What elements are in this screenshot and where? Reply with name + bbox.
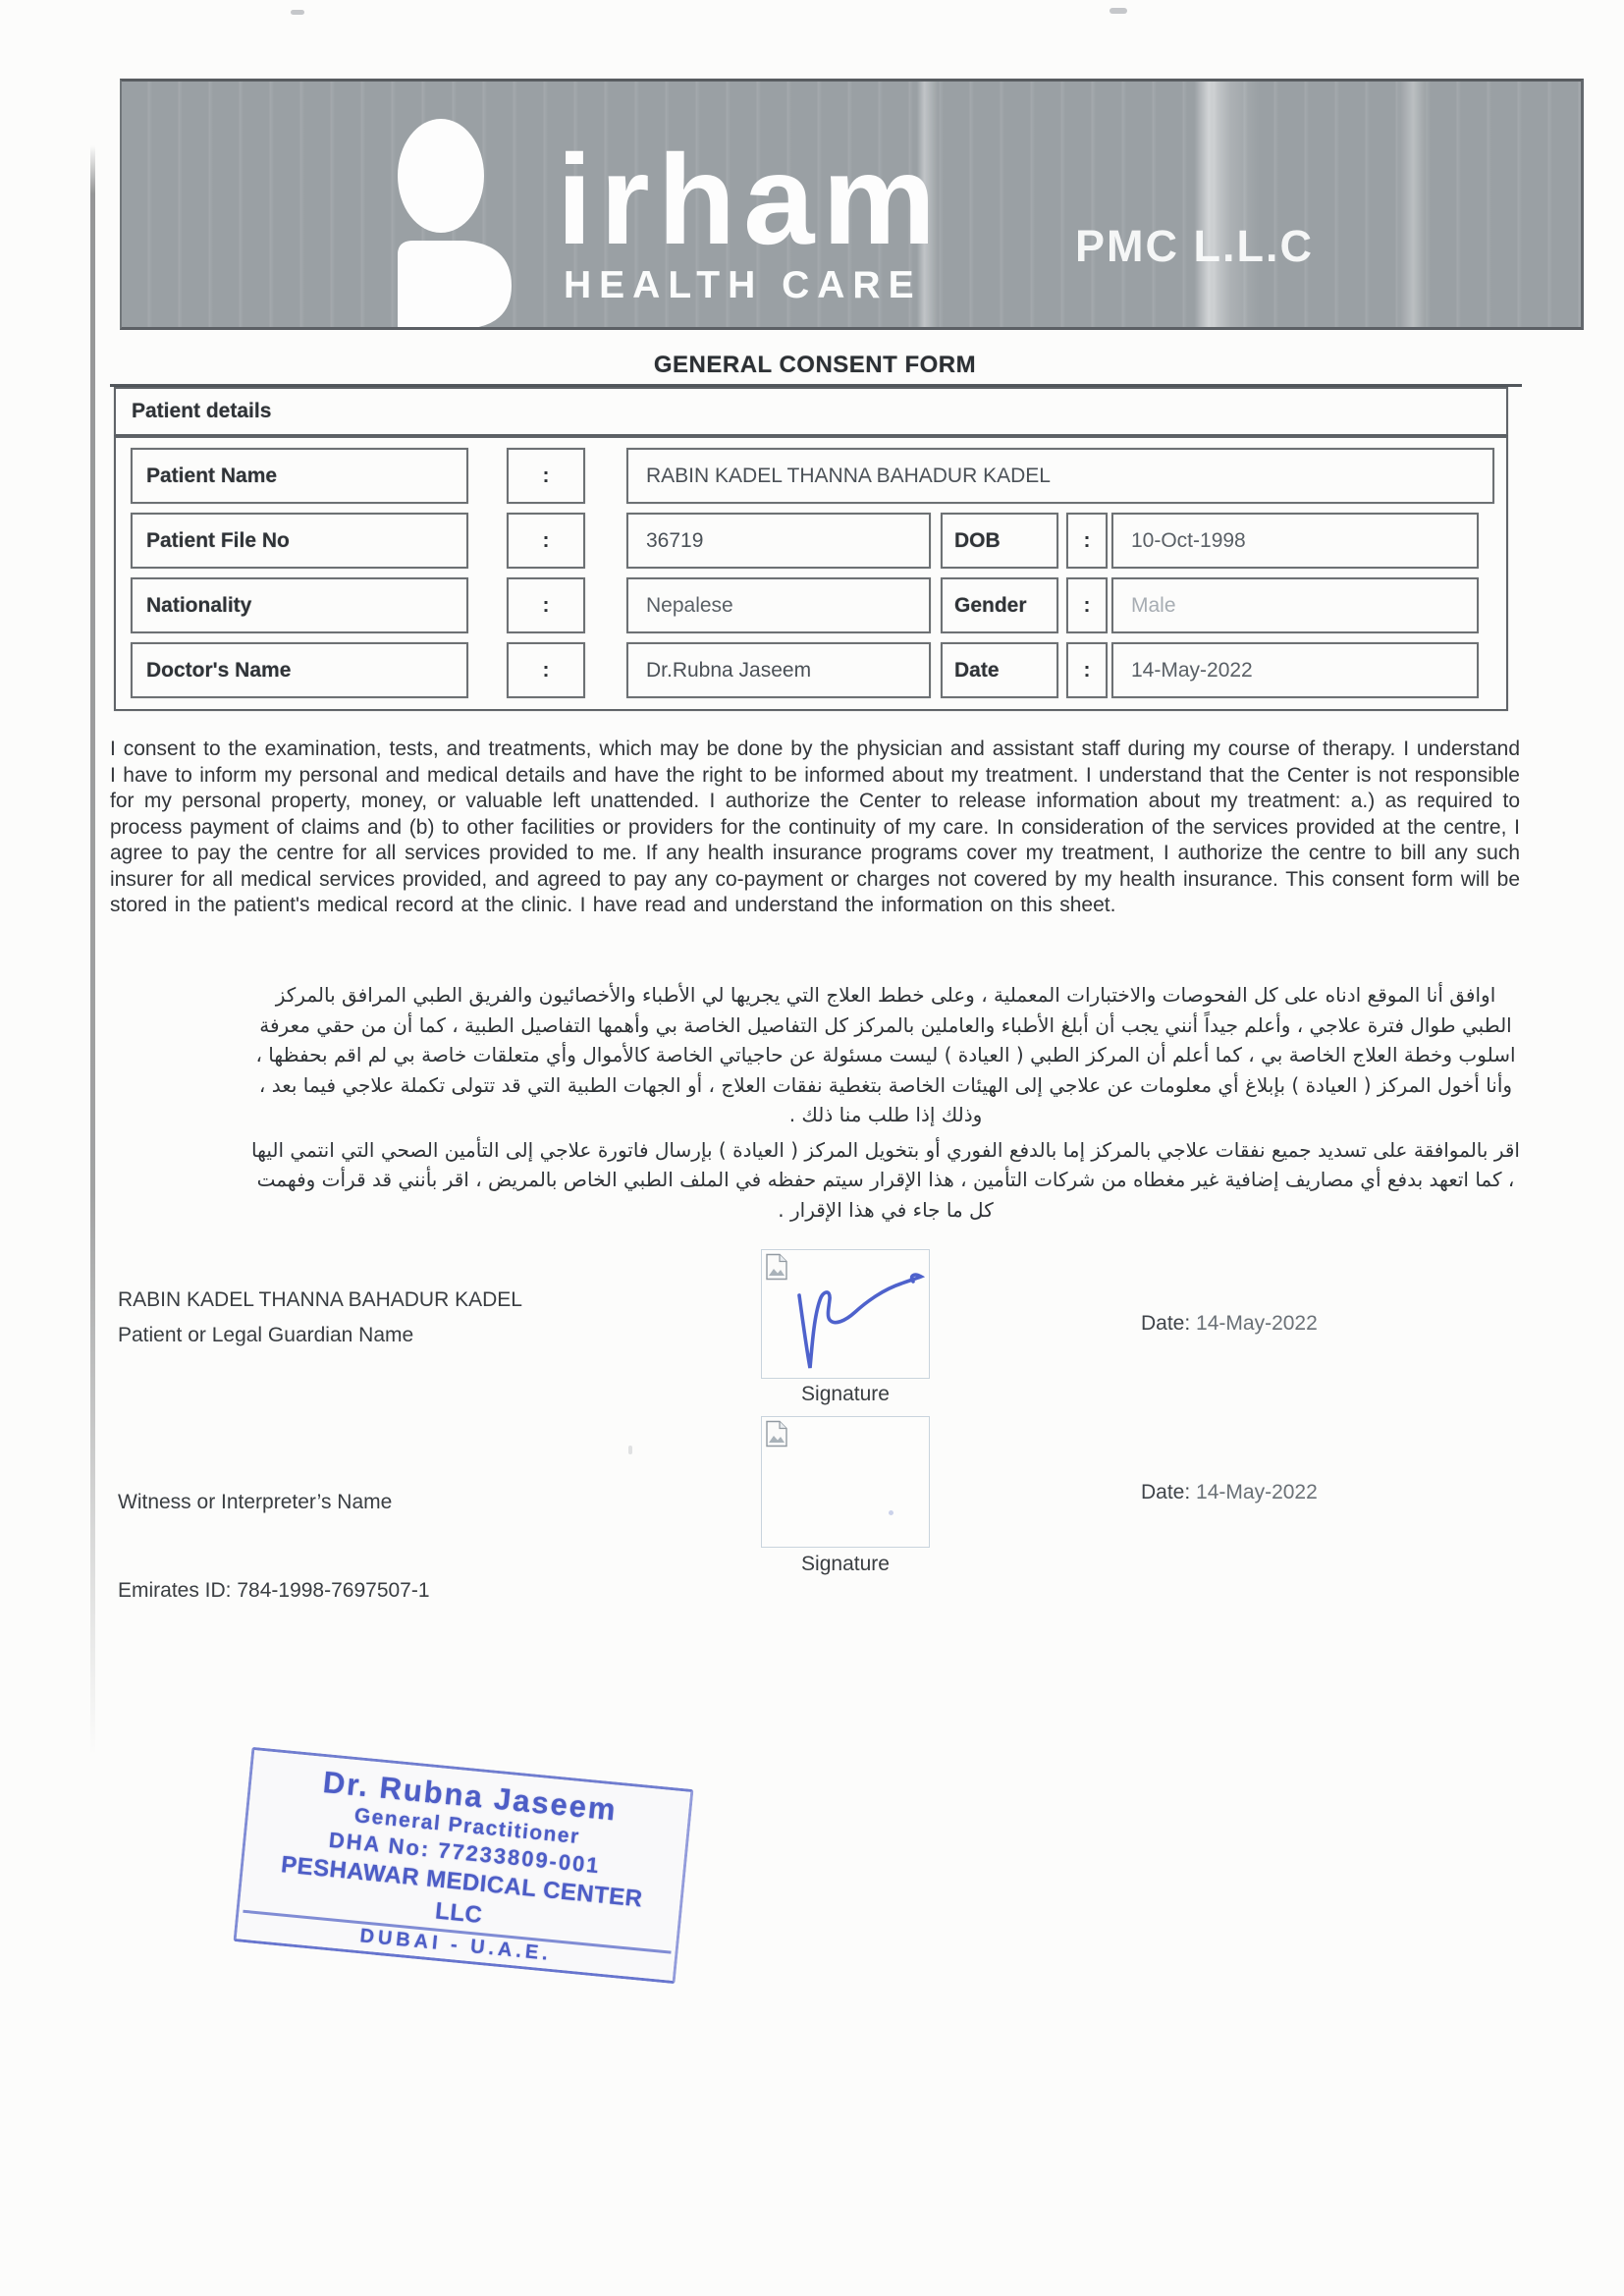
colon-cell: : — [507, 642, 585, 698]
signature-caption: Signature — [761, 1553, 930, 1576]
file-no-value: 36719 — [628, 529, 703, 553]
colon: : — [543, 659, 550, 683]
gender-value-cell: Male — [1111, 577, 1479, 633]
patient-guardian-role-label: Patient or Legal Guardian Name — [118, 1324, 413, 1347]
doctor-name-label-cell: Doctor's Name — [131, 642, 468, 698]
scan-edge-artifact — [90, 145, 95, 1756]
company-name: PMC L.L.C — [1075, 221, 1314, 272]
brand-person-icon — [370, 119, 527, 327]
colon: : — [543, 529, 550, 553]
emirates-id: Emirates ID: 784-1998-7697507-1 — [118, 1579, 430, 1603]
patient-details-header-box: Patient details — [114, 387, 1508, 436]
doctor-stamp: Dr. Rubna Jaseem General Practitioner DH… — [234, 1747, 694, 1984]
doctor-name-label: Doctor's Name — [133, 659, 291, 683]
date-label-cell: Date — [941, 642, 1058, 698]
date-line-patient: Date: 14-May-2022 — [1141, 1312, 1318, 1336]
colon: : — [1084, 659, 1091, 683]
patient-guardian-name: RABIN KADEL THANNA BAHADUR KADEL — [118, 1288, 522, 1312]
file-no-label-cell: Patient File No — [131, 513, 468, 569]
nationality-value: Nepalese — [628, 594, 733, 618]
patient-name-value: RABIN KADEL THANNA BAHADUR KADEL — [628, 465, 1051, 488]
broken-image-icon — [765, 1420, 788, 1448]
colon-cell: : — [507, 513, 585, 569]
colon: : — [543, 594, 550, 618]
colon-cell: : — [1066, 642, 1108, 698]
scan-speck — [889, 1510, 893, 1515]
signature-box-witness — [761, 1416, 930, 1548]
brand-wordmark: irham — [557, 136, 944, 263]
doctor-name-value: Dr.Rubna Jaseem — [628, 659, 811, 683]
gender-label: Gender — [943, 594, 1027, 618]
arabic-paragraph-2: اقر بالموافقة على تسديد جميع نفقات علاجي… — [251, 1135, 1520, 1226]
colon: : — [1084, 529, 1091, 553]
colon-cell: : — [507, 448, 585, 504]
consent-paragraph-arabic: اوافق أنا الموقع ادناه على كل الفحوصات و… — [251, 980, 1520, 1230]
colon-cell: : — [507, 577, 585, 633]
date-value: 14-May-2022 — [1196, 1481, 1318, 1503]
witness-interpreter-label: Witness or Interpreter’s Name — [118, 1491, 392, 1514]
colon: : — [1084, 594, 1091, 618]
gender-value: Male — [1113, 594, 1176, 618]
file-no-value-cell: 36719 — [626, 513, 931, 569]
header-banner: irham HEALTH CARE PMC L.L.C — [120, 79, 1584, 330]
nationality-value-cell: Nepalese — [626, 577, 931, 633]
date-value-cell: 14-May-2022 — [1111, 642, 1479, 698]
nationality-label: Nationality — [133, 594, 251, 618]
date-label: Date — [943, 659, 1000, 683]
signature-box-patient — [761, 1249, 930, 1379]
form-title: GENERAL CONSENT FORM — [110, 352, 1520, 379]
consent-paragraph-english: I consent to the examination, tests, and… — [110, 737, 1520, 919]
gender-label-cell: Gender — [941, 577, 1058, 633]
scan-speck — [628, 1446, 632, 1454]
colon: : — [543, 465, 550, 488]
file-no-label: Patient File No — [133, 529, 290, 553]
dob-label-cell: DOB — [941, 513, 1058, 569]
patient-name-label-cell: Patient Name — [131, 448, 468, 504]
colon-cell: : — [1066, 577, 1108, 633]
signature-stroke — [770, 1260, 927, 1376]
patient-name-label: Patient Name — [133, 465, 277, 488]
doctor-name-value-cell: Dr.Rubna Jaseem — [626, 642, 931, 698]
dob-label: DOB — [943, 529, 1001, 553]
nationality-label-cell: Nationality — [131, 577, 468, 633]
date-label: Date: — [1141, 1312, 1190, 1335]
patient-details-title: Patient details — [116, 389, 1506, 434]
patient-name-value-cell: RABIN KADEL THANNA BAHADUR KADEL — [626, 448, 1494, 504]
brand-subtitle: HEALTH CARE — [564, 264, 922, 307]
signature-caption: Signature — [761, 1383, 930, 1406]
date-line-witness: Date: 14-May-2022 — [1141, 1481, 1318, 1504]
date-label: Date: — [1141, 1481, 1190, 1503]
dob-value-cell: 10-Oct-1998 — [1111, 513, 1479, 569]
scan-speck — [1110, 8, 1127, 14]
date-value: 14-May-2022 — [1113, 659, 1253, 683]
date-value: 14-May-2022 — [1196, 1312, 1318, 1335]
scan-speck — [291, 10, 304, 15]
colon-cell: : — [1066, 513, 1108, 569]
dob-value: 10-Oct-1998 — [1113, 529, 1246, 553]
arabic-paragraph-1: اوافق أنا الموقع ادناه على كل الفحوصات و… — [251, 980, 1520, 1130]
scanned-consent-form-page: irham HEALTH CARE PMC L.L.C GENERAL CONS… — [0, 0, 1624, 2296]
